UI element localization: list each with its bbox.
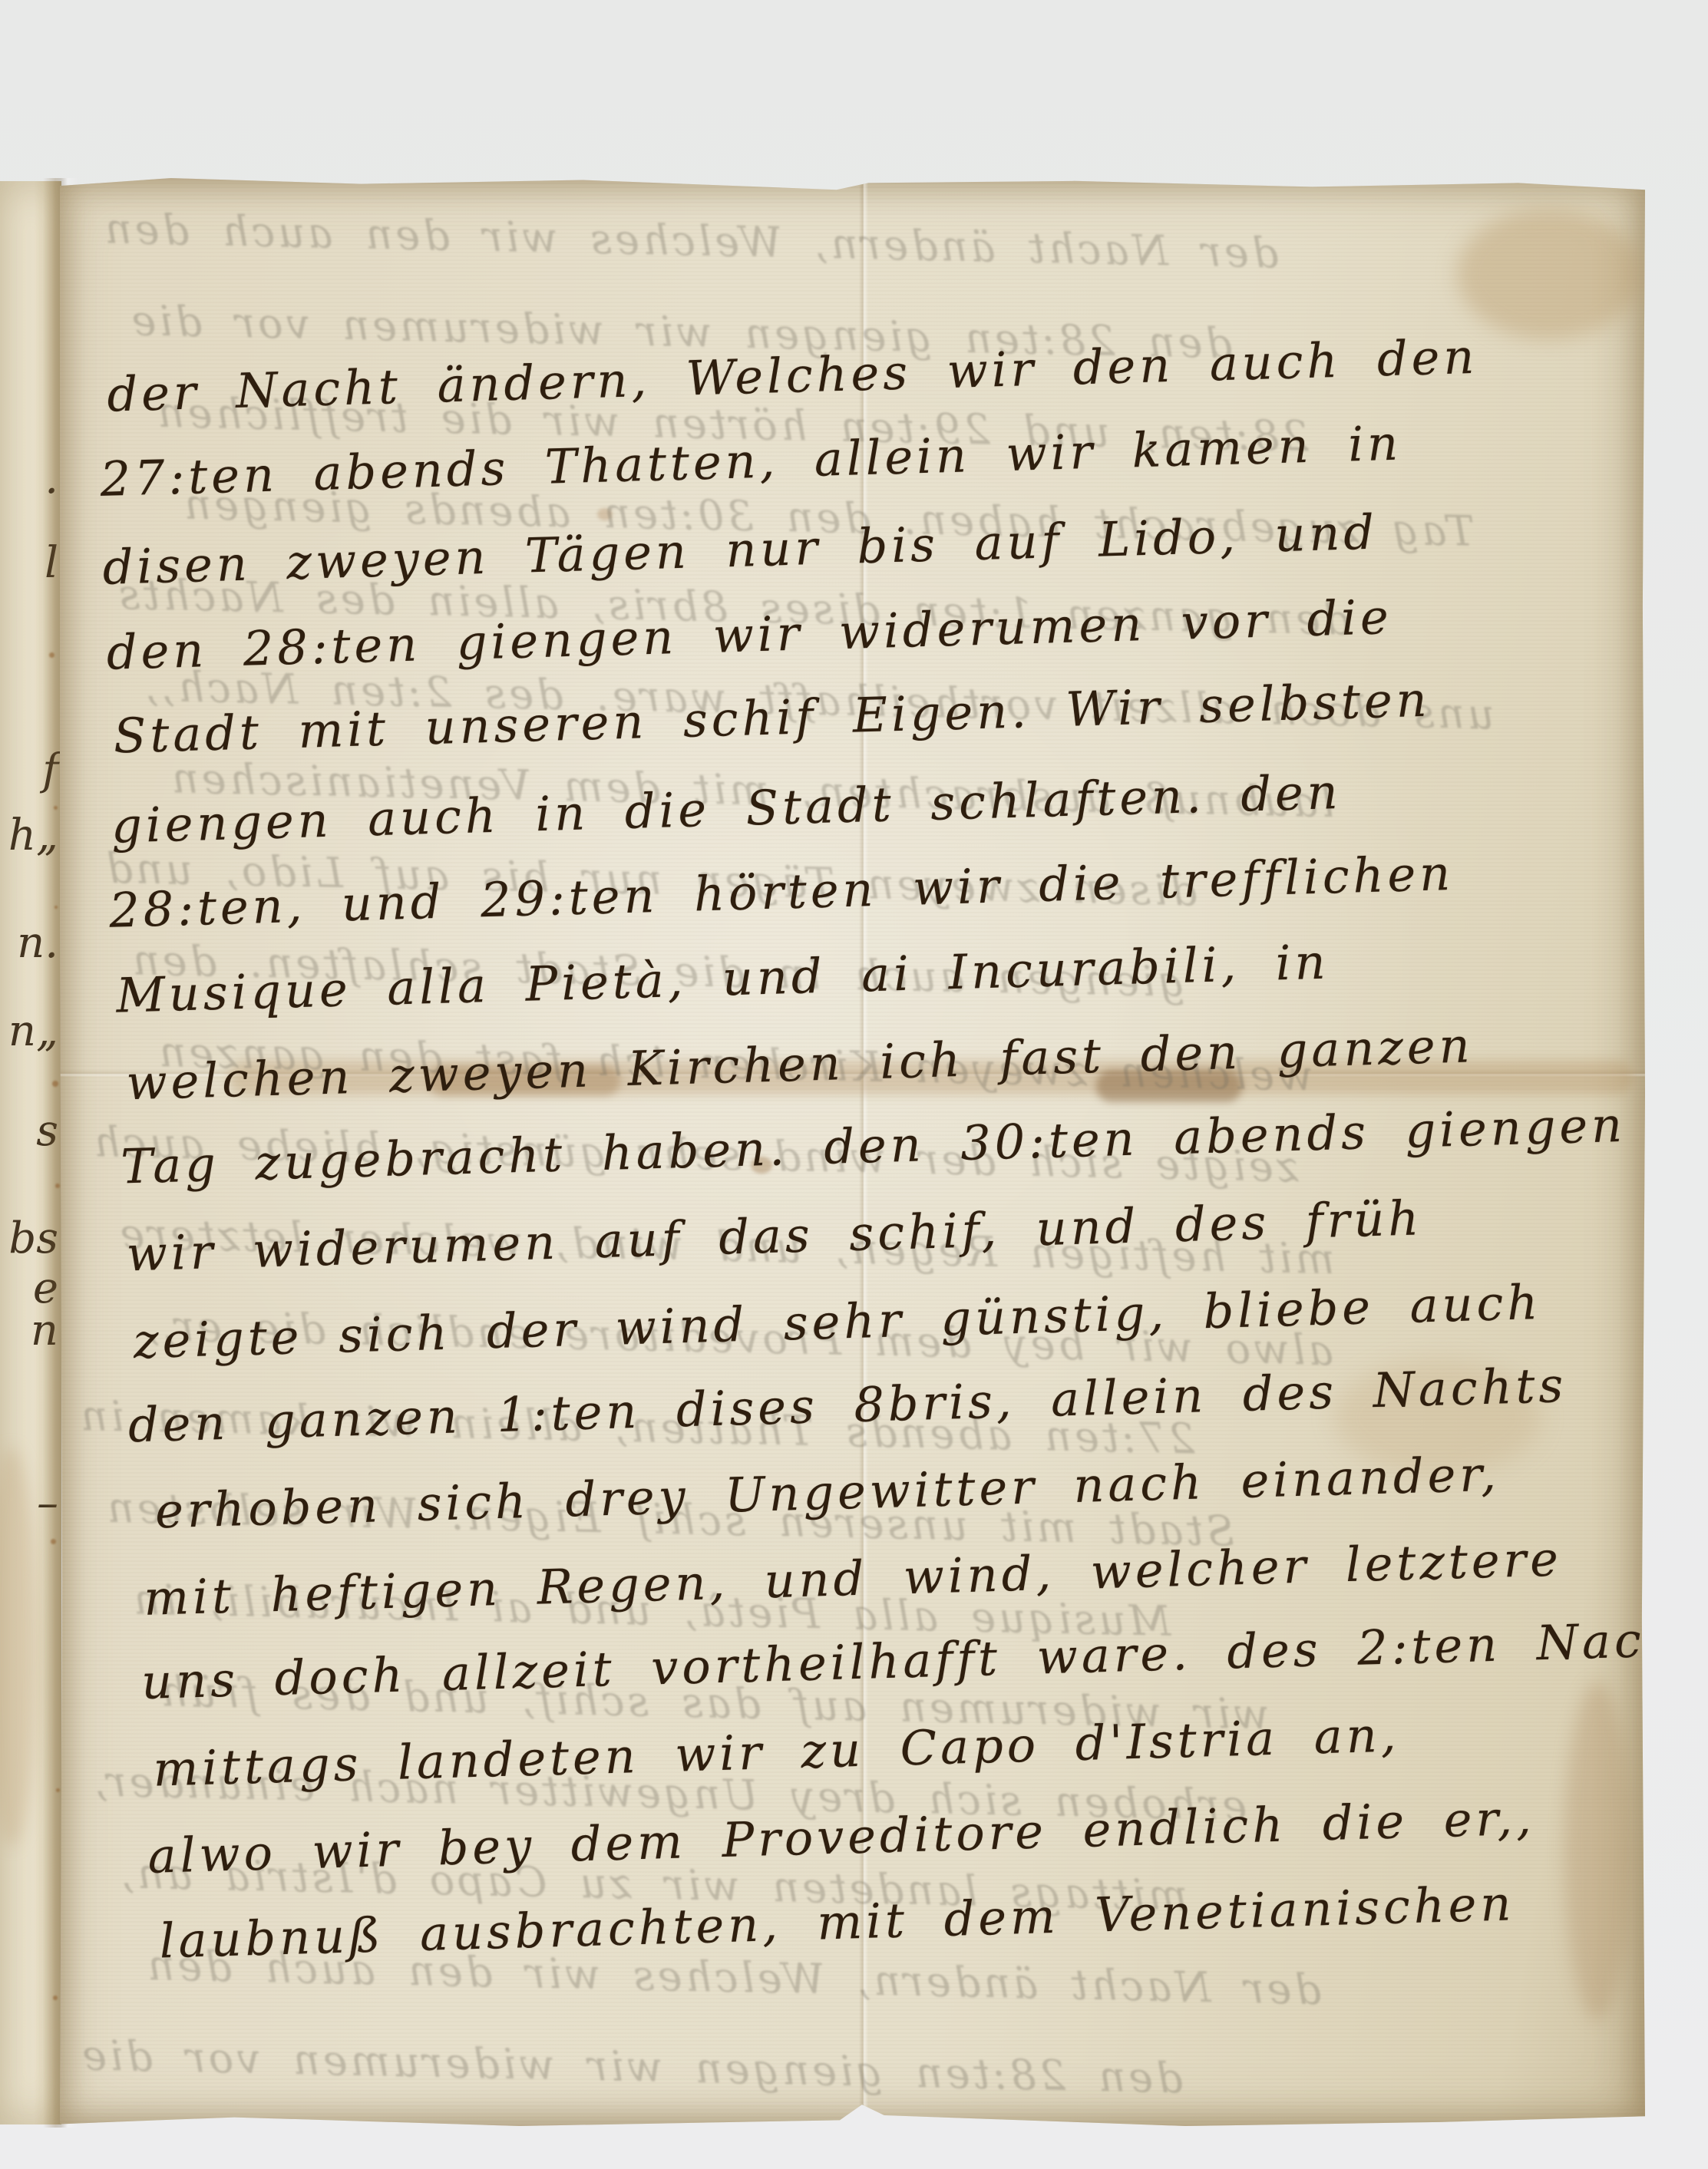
letter-page: der Nacht ändern, Welches wir den auch d… xyxy=(60,178,1645,2126)
manuscript-line: Musique alla Pietà, und ai Incurabili, i… xyxy=(115,938,1330,1019)
manuscript-line: der Nacht ändern, Welches wir den auch d… xyxy=(107,333,1478,419)
foxing-speck xyxy=(49,652,55,658)
manuscript-line: wir widerumen auf das schif, und des frü… xyxy=(126,1194,1423,1278)
foxing-speck xyxy=(52,1081,58,1087)
manuscript-line: giengen auch in die Stadt schlaften. den xyxy=(111,768,1342,850)
manuscript-line: den ganzen 1:ten dises 8bris, allein des… xyxy=(127,1362,1568,1449)
manuscript-line: Stadt mit unseren schif Eigen. Wir selbs… xyxy=(113,676,1431,761)
manuscript-line: zeigte sich der wind sehr günstig, blieb… xyxy=(133,1279,1542,1365)
foxing-speck xyxy=(55,906,58,909)
manuscript-line: disen zweyen Tägen nur bis auf Lido, und xyxy=(102,508,1379,591)
manuscript-line: welchen zweyen Kirchen ich fast den ganz… xyxy=(126,1022,1475,1107)
manuscript-text: der Nacht ändern, Welches wir den auch d… xyxy=(54,137,1693,2128)
foxing-speck xyxy=(51,1539,56,1544)
manuscript-line: 28:ten, und 29:ten hörten wir die treffl… xyxy=(108,850,1454,935)
foxing-speck xyxy=(54,806,58,810)
foxing-speck xyxy=(56,1788,60,1792)
manuscript-line: den 28:ten giengen wir widerumen vor die xyxy=(106,593,1392,677)
manuscript-line: uns doch allzeit vortheilhafft ware. des… xyxy=(140,1615,1708,1706)
manuscript-line: mittags landeten wir zu Capo d'Istria an… xyxy=(153,1711,1400,1793)
manuscript-line: laubnuß ausbrachten, mit dem Venetianisc… xyxy=(159,1880,1515,1965)
manuscript-line: alwo wir bey dem Proveditore endlich die… xyxy=(147,1794,1536,1880)
manuscript-line: mit heftigen Regen, und wind, welcher le… xyxy=(143,1535,1562,1623)
edge-stain xyxy=(0,1448,38,1847)
manuscript-line: erhoben sich drey Ungewitter nach einand… xyxy=(154,1451,1500,1536)
manuscript-line: 27:ten abends Thatten, allein wir kamen … xyxy=(100,420,1402,503)
scanned-letter: .lfh„n.n„sbsen– der Nacht ändern, Welche… xyxy=(0,0,1708,2169)
foxing-speck xyxy=(55,1184,60,1188)
foxing-speck xyxy=(53,1996,58,2000)
manuscript-line: Tag zugebracht haben. den 30:ten abends … xyxy=(121,1101,1627,1191)
